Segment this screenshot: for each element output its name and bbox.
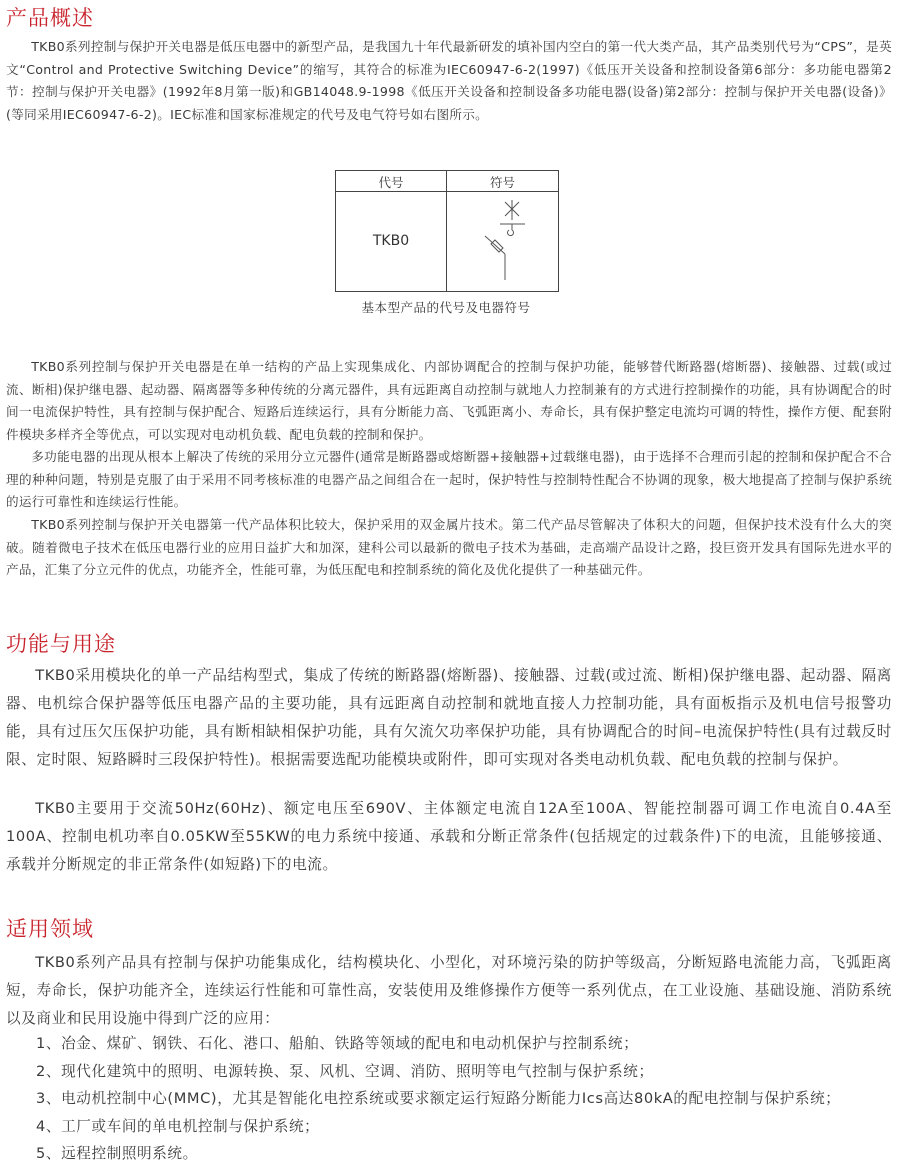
section-title-overview: 产品概述 [6,2,94,32]
code-symbol-table: 代号 符号 TKB0 [335,170,559,292]
functions-paragraph-2: TKB0主要用于交流50Hz(60Hz)、额定电压至690V、主体额定电流自12… [6,795,892,879]
list-item: 4、工厂或车间的单电机控制与保护系统； [36,1113,896,1141]
overview-paragraph-3: TKB0系列控制与保护开关电器第一代产品体积比较大，保护采用的双金属片技术。第二… [6,514,892,582]
section-title-applications: 适用领域 [6,913,94,943]
list-item: 3、电动机控制中心(MMC)，尤其是智能化电控系统或要求额定运行短路分断能力Ic… [36,1085,896,1113]
functions-paragraph-1: TKB0采用模块化的单一产品结构型式，集成了传统的断路器(熔断器)、接触器、过载… [6,662,892,774]
overview-paragraph-1: TKB0系列控制与保护开关电器是在单一结构的产品上实现集成化、内部协调配合的控制… [6,356,892,446]
applications-intro: TKB0系列产品具有控制与保护功能集成化，结构模块化、小型化，对环境污染的防护等… [6,949,892,1033]
applications-list: 1、冶金、煤矿、钢铁、石化、港口、船舶、铁路等领域的配电和电动机保护与控制系统；… [36,1030,896,1166]
table-header-code: 代号 [336,173,446,191]
list-item: 1、冶金、煤矿、钢铁、石化、港口、船舶、铁路等领域的配电和电动机保护与控制系统； [36,1030,896,1058]
table-code-value: TKB0 [336,233,446,249]
control-protective-switch-symbol-icon [447,192,558,290]
overview-paragraph-2: 多功能电器的出现从根本上解决了传统的采用分立元器件(通常是断路器或熔断器+接触器… [6,446,892,514]
table-header-symbol: 符号 [447,173,558,191]
list-item: 2、现代化建筑中的照明、电源转换、泵、风机、空调、消防、照明等电气控制与保护系统… [36,1058,896,1086]
list-item: 5、远程控制照明系统。 [36,1140,896,1166]
section-title-functions: 功能与用途 [6,628,116,658]
overview-intro: TKB0系列控制与保护开关电器是低压电器中的新型产品，是我国九十年代最新研发的填… [6,36,892,126]
table-caption: 基本型产品的代号及电器符号 [335,298,557,316]
